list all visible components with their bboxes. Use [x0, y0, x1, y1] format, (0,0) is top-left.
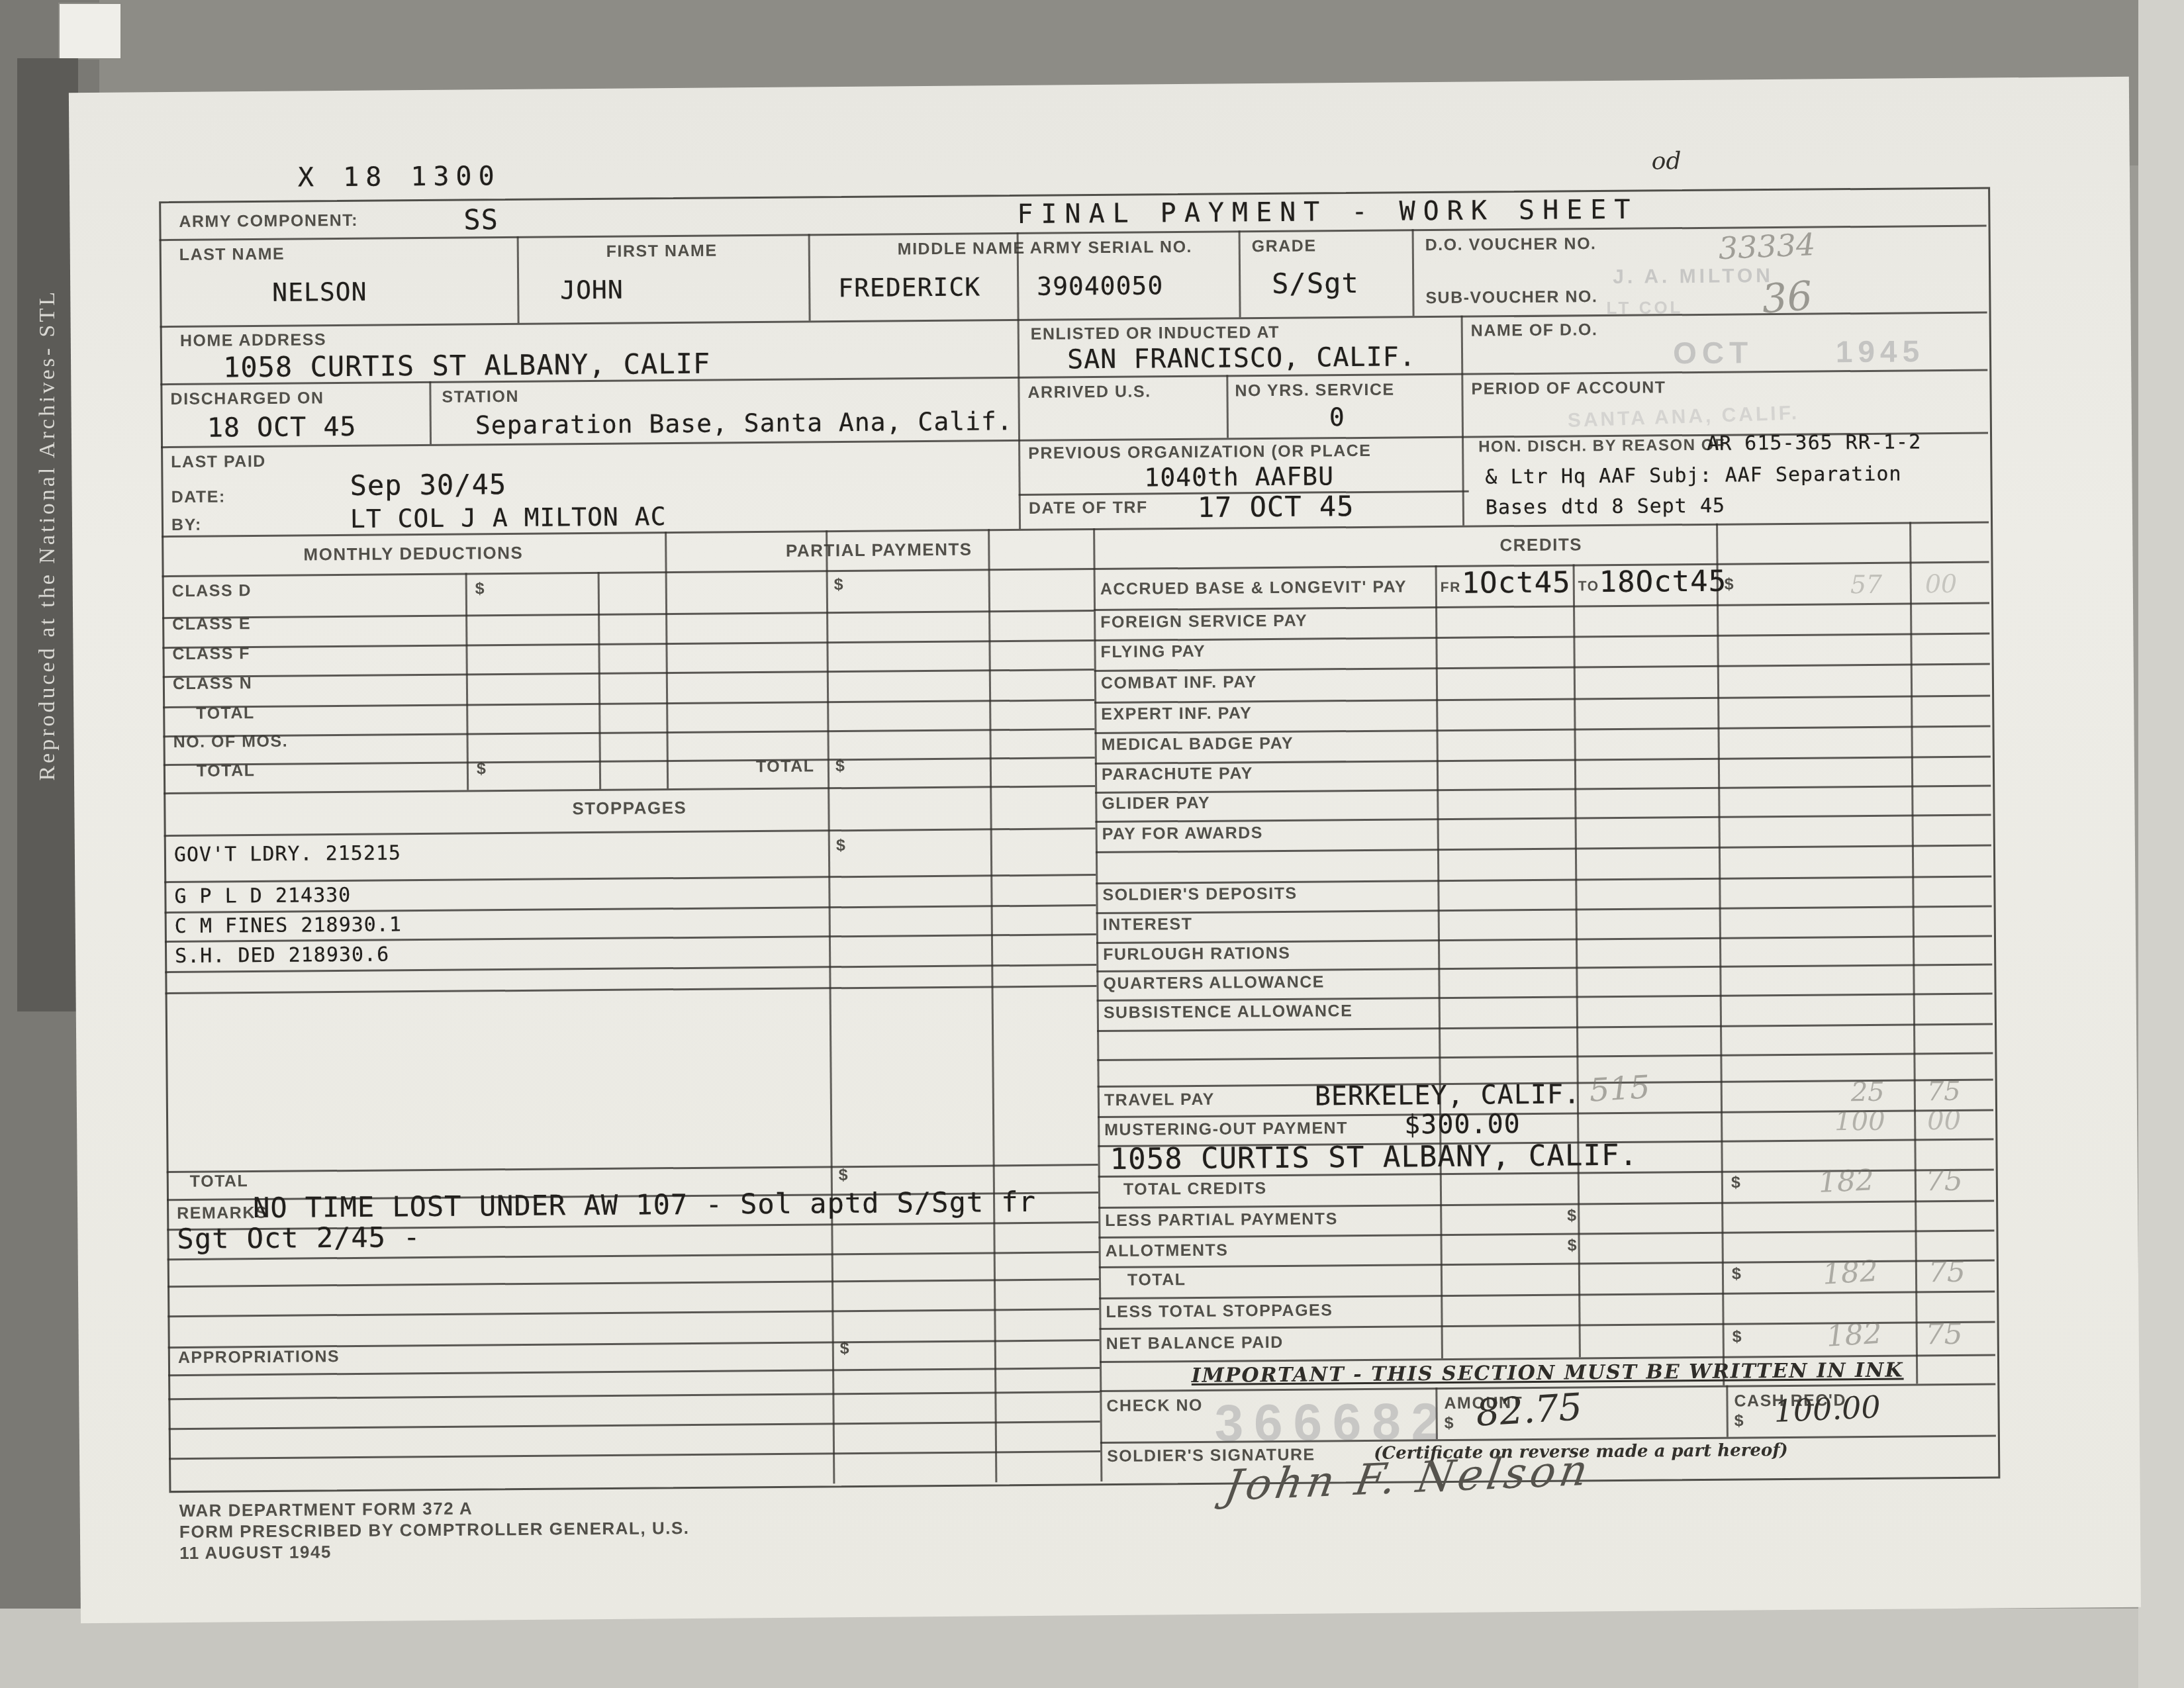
- appropriations-label: APPROPRIATIONS: [178, 1347, 340, 1368]
- hon-disch-line2: & Ltr Hq AAF Subj: AAF Separation: [1485, 463, 1901, 489]
- middle-name-value: FREDERICK: [838, 272, 980, 303]
- by-label: BY:: [171, 516, 202, 535]
- dollar-mark: $: [1733, 1327, 1743, 1346]
- do-voucher-label: D.O. VOUCHER NO.: [1425, 234, 1597, 255]
- army-component-label: ARMY COMPONENT:: [179, 211, 358, 232]
- rule: [1726, 1385, 1729, 1437]
- deduction-row-label: CLASS E: [172, 614, 251, 634]
- credit-row-label: FURLOUGH RATIONS: [1103, 944, 1290, 964]
- stoppage-row: GOV'T LDRY. 215215: [174, 841, 401, 867]
- travel-cents-pencil: 75: [1927, 1076, 1961, 1107]
- dollar-mark: $: [836, 836, 847, 855]
- grade-value: S/Sgt: [1272, 267, 1359, 300]
- sub-voucher-label: SUB-VOUCHER NO.: [1425, 287, 1597, 308]
- footer-date: 11 AUGUST 1945: [179, 1542, 332, 1564]
- initials-note: od: [1652, 148, 1682, 175]
- check-no-label: CHECK NO: [1106, 1396, 1203, 1416]
- archive-label: Reproduced at the National Archives- STL: [35, 289, 60, 781]
- home-address-value: 1058 CURTIS ST ALBANY, CALIF: [223, 348, 710, 384]
- corner-tab: [58, 3, 122, 60]
- serial-value: 39040050: [1037, 271, 1163, 301]
- last-name-label: LAST NAME: [179, 245, 285, 265]
- mustering-label: MUSTERING-OUT PAYMENT: [1104, 1119, 1348, 1140]
- middle-name-label: MIDDLE NAME: [898, 239, 1025, 259]
- do-date-stamp: OCT 1945: [1673, 333, 1925, 371]
- yrs-service-label: NO YRS. SERVICE: [1235, 381, 1394, 401]
- dollar-mark: $: [834, 575, 845, 594]
- station-value: Separation Base, Santa Ana, Calif.: [475, 406, 1013, 440]
- mustering-value: $300.00: [1404, 1109, 1521, 1140]
- prev-org-label: PREVIOUS ORGANIZATION (OR PLACE: [1028, 442, 1371, 463]
- last-paid-label: LAST PAID: [171, 452, 266, 472]
- date-of-trf-label: DATE OF TRF: [1029, 498, 1148, 518]
- footer-form-number: WAR DEPARTMENT FORM 372 A: [179, 1499, 473, 1521]
- dollar-mark: $: [840, 1339, 851, 1358]
- scanner-bed-right: [2138, 0, 2184, 1688]
- stoppage-row: S.H. DED 218930.6: [175, 943, 389, 968]
- credit-row-label: SOLDIER'S DEPOSITS: [1102, 884, 1297, 905]
- credit-row-label: INTEREST: [1103, 915, 1193, 935]
- last-paid-date: Sep 30/45: [350, 468, 506, 502]
- home-address-label: HOME ADDRESS: [180, 330, 326, 351]
- dollar-mark: $: [1725, 575, 1735, 594]
- grade-label: GRADE: [1252, 236, 1317, 256]
- army-component-value: SS: [463, 203, 499, 236]
- name-of-do-label: NAME OF D.O.: [1471, 320, 1598, 341]
- credit-row-label: COMBAT INF. PAY: [1101, 673, 1257, 693]
- travel-pay-label: TRAVEL PAY: [1104, 1090, 1215, 1110]
- total-credits-label: TOTAL CREDITS: [1123, 1179, 1267, 1199]
- remarks-line1: NO TIME LOST UNDER AW 107 - Sol aptd S/S…: [253, 1186, 1036, 1224]
- dollar-mark: $: [475, 579, 486, 598]
- dollar-mark: $: [1734, 1411, 1745, 1430]
- payee-address-line: 1058 CURTIS ST ALBANY, CALIF.: [1110, 1139, 1638, 1176]
- amount-ink-value: 82.75: [1475, 1385, 1584, 1435]
- mustering-amount-pencil: 100: [1834, 1106, 1885, 1137]
- deduction-row-label: CLASS F: [172, 644, 250, 664]
- less-stoppages-label: LESS TOTAL STOPPAGES: [1106, 1301, 1333, 1322]
- serial-label: ARMY SERIAL NO.: [1030, 238, 1192, 258]
- yrs-service-value: 0: [1329, 402, 1345, 432]
- prev-org-value: 1040th AAFBU: [1144, 461, 1334, 492]
- scan-background: Reproduced at the National Archives- STL…: [0, 0, 2184, 1688]
- date-label: DATE:: [171, 487, 226, 507]
- travel-amount-pencil: 25: [1851, 1077, 1885, 1107]
- fr-label: FR: [1441, 580, 1461, 596]
- dollar-mark: $: [1568, 1236, 1578, 1255]
- total-amount-pencil: 182: [1822, 1254, 1879, 1291]
- arrived-us-label: ARRIVED U.S.: [1027, 382, 1151, 402]
- hon-disch-line3: Bases dtd 8 Sept 45: [1486, 494, 1725, 520]
- sub-voucher-pencil: 36: [1760, 273, 1815, 323]
- form-title: FINAL PAYMENT - WORK SHEET: [930, 194, 1725, 230]
- first-name-label: FIRST NAME: [606, 242, 718, 261]
- travel-place: BERKELEY, CALIF.: [1315, 1079, 1581, 1111]
- deduction-row-label: CLASS N: [173, 674, 252, 694]
- footer-prescribed: FORM PRESCRIBED BY COMPTROLLER GENERAL, …: [179, 1518, 690, 1542]
- enlisted-label: ENLISTED OR INDUCTED AT: [1031, 323, 1280, 344]
- stoppages-total-label: TOTAL: [190, 1172, 249, 1192]
- total-cents-pencil: 75: [1928, 1255, 1966, 1289]
- stoppage-row: G P L D 214330: [174, 884, 351, 908]
- credit-row-label: SUBSISTENCE ALLOWANCE: [1104, 1002, 1353, 1023]
- deduction-row-label: TOTAL: [196, 704, 255, 724]
- dollar-mark: $: [1567, 1206, 1578, 1225]
- deduction-row-label: TOTAL: [197, 761, 256, 781]
- period-of-account-label: PERIOD OF ACCOUNT: [1471, 378, 1666, 399]
- officer-stamp: J. A. MILTON: [1613, 265, 1774, 289]
- credit-row-label: MEDICAL BADGE PAY: [1102, 734, 1294, 755]
- last-paid-by: LT COL J A MILTON AC: [350, 502, 667, 534]
- date-of-trf-value: 17 OCT 45: [1198, 490, 1354, 524]
- remarks-line2: Sgt Oct 2/45 -: [177, 1221, 420, 1255]
- total-credits-amount-pencil: 182: [1818, 1163, 1875, 1199]
- dollar-mark: $: [1732, 1264, 1742, 1284]
- net-balance-cents-pencil: 75: [1925, 1317, 1962, 1351]
- dollar-mark: $: [477, 759, 487, 778]
- credit-row-label: PARACHUTE PAY: [1102, 764, 1253, 784]
- net-balance-amount-pencil: 182: [1825, 1317, 1883, 1354]
- hon-disch-label: HON. DISCH. BY REASON OF: [1478, 436, 1725, 457]
- credit-row-label: FLYING PAY: [1100, 642, 1206, 662]
- credit-row-label: PAY FOR AWARDS: [1102, 823, 1263, 844]
- dollar-mark: $: [839, 1166, 849, 1185]
- to-label: TO: [1578, 579, 1599, 594]
- partial-payments-header: PARTIAL PAYMENTS: [665, 538, 1093, 562]
- credit-row-label: EXPERT INF. PAY: [1101, 704, 1252, 724]
- form-paper: X 18 1300 od: [69, 77, 2141, 1623]
- audit-code: X 18 1300: [298, 161, 501, 193]
- net-balance-label: NET BALANCE PAID: [1106, 1333, 1284, 1354]
- credit-row-label: GLIDER PAY: [1102, 794, 1210, 814]
- voucher-number-pencil: 33334: [1718, 226, 1817, 266]
- stoppage-row: C M FINES 218930.1: [175, 913, 402, 938]
- partial-total-label: TOTAL: [756, 757, 815, 776]
- deduction-row-label: CLASS D: [172, 581, 252, 601]
- deduction-row-label: NO. OF MOS.: [173, 732, 288, 752]
- dollar-mark: $: [835, 757, 846, 776]
- discharged-value: 18 OCT 45: [207, 412, 357, 444]
- discharged-label: DISCHARGED ON: [170, 389, 324, 409]
- less-partial-label: LESS PARTIAL PAYMENTS: [1105, 1209, 1338, 1231]
- fr-value: 1Oct45: [1462, 565, 1571, 600]
- travel-miles-pencil: 515: [1588, 1068, 1651, 1109]
- deductions-header: MONTHLY DEDUCTIONS: [162, 541, 665, 566]
- officer-rank-stamp: LT COL: [1606, 297, 1683, 318]
- accrued-amount-pencil: 57: [1850, 570, 1883, 599]
- total-credits-cents-pencil: 75: [1926, 1164, 1963, 1197]
- credit-accrued-label: ACCRUED BASE & LONGEVIT' PAY: [1100, 577, 1407, 599]
- enlisted-value: SAN FRANCISCO, CALIF.: [1067, 342, 1416, 375]
- station-label: STATION: [442, 387, 519, 407]
- last-name-value: NELSON: [272, 277, 367, 307]
- accrued-cents-pencil: 00: [1925, 569, 1958, 598]
- credit-row-label: FOREIGN SERVICE PAY: [1100, 612, 1307, 632]
- cash-ink-value: 100.00: [1773, 1389, 1881, 1429]
- hon-disch-ref: AR 615-365 RR-1-2: [1707, 430, 1921, 455]
- dollar-mark: $: [1731, 1173, 1742, 1192]
- to-value: 18Oct45: [1599, 565, 1727, 600]
- mustering-cents-pencil: 00: [1927, 1105, 1961, 1136]
- allotments-label: ALLOTMENTS: [1106, 1241, 1229, 1261]
- credit-row-label: QUARTERS ALLOWANCE: [1103, 972, 1325, 994]
- credits-total-label: TOTAL: [1127, 1270, 1186, 1290]
- dollar-mark: $: [1445, 1414, 1455, 1433]
- first-name-value: JOHN: [560, 275, 624, 305]
